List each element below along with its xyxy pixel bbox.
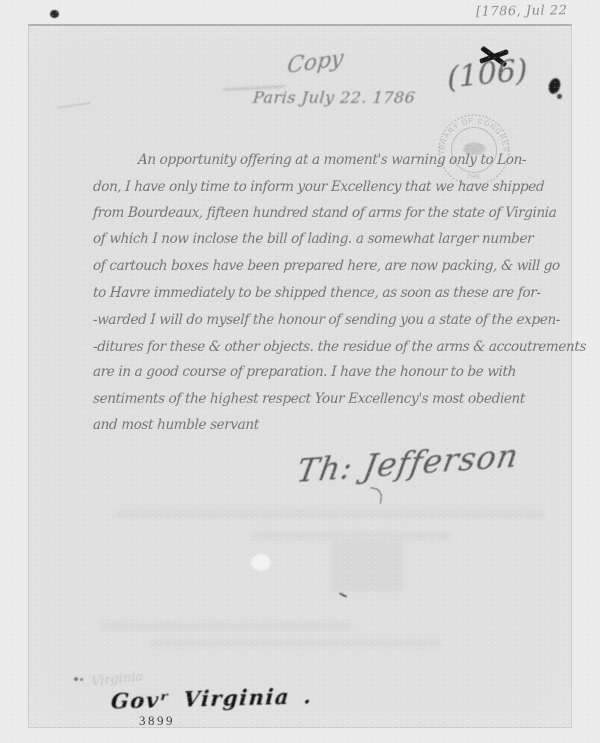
bleed-through-mark: [151, 640, 441, 647]
signature: Th: Jefferson: [294, 436, 522, 490]
bleed-through-mark: [101, 622, 351, 630]
ink-dot-smudge: [50, 10, 59, 18]
dateline: Paris July 22. 1786: [252, 88, 416, 107]
letter-line: -warded I will do myself the honour of s…: [93, 312, 561, 328]
letter-line: sentiments of the highest respect Your E…: [93, 391, 526, 407]
copy-label: Copy: [286, 46, 345, 80]
ink-speck: [80, 678, 83, 681]
bleed-through-mark: [116, 510, 546, 518]
letter-line: don, I have only time to inform your Exc…: [93, 179, 545, 195]
letter-line: An opportunity offering at a moment's wa…: [138, 152, 527, 168]
bleed-through-mark: [331, 540, 403, 592]
stray-pen-mark: [368, 487, 383, 504]
library-of-congress-stamp: LIBRARY OF CONGRESS THE: [435, 111, 513, 189]
letter-line: are in a good course of preparation. I h…: [93, 364, 517, 380]
ink-speck: [74, 677, 78, 681]
archival-date-note: [1786, Jul 22: [476, 3, 568, 20]
scanned-letter-background: [1786, Jul 22 (106) Copy Paris July 22. …: [0, 0, 600, 743]
faint-pencil-mark: [55, 94, 90, 109]
endorsement: Govʳ Virginia .: [110, 683, 314, 713]
letter-line: of cartouch boxes have been prepared her…: [93, 258, 561, 274]
stray-tick-mark: [339, 592, 347, 598]
letter-line: from Bourdeaux, fifteen hundred stand of…: [93, 205, 557, 221]
page-number: (106): [447, 53, 528, 96]
paper-flaw-spot: [251, 554, 271, 571]
bleed-through-mark: [251, 532, 451, 539]
ink-blot: [547, 77, 562, 96]
letter-line: -ditures for these & other objects. the …: [93, 339, 587, 355]
letter-line: of which I now inclose the bill of ladin…: [93, 231, 534, 247]
catalog-number: 3899: [139, 713, 175, 729]
letter-line: to Havre immediately to be shipped thenc…: [93, 285, 541, 301]
letter-page: (106) Copy Paris July 22. 1786 LIBRARY O…: [28, 24, 572, 728]
ink-blot-small: [557, 94, 562, 99]
letter-line: and most humble servant: [93, 417, 260, 433]
ghost-pencil-text: Virginia: [91, 669, 144, 690]
